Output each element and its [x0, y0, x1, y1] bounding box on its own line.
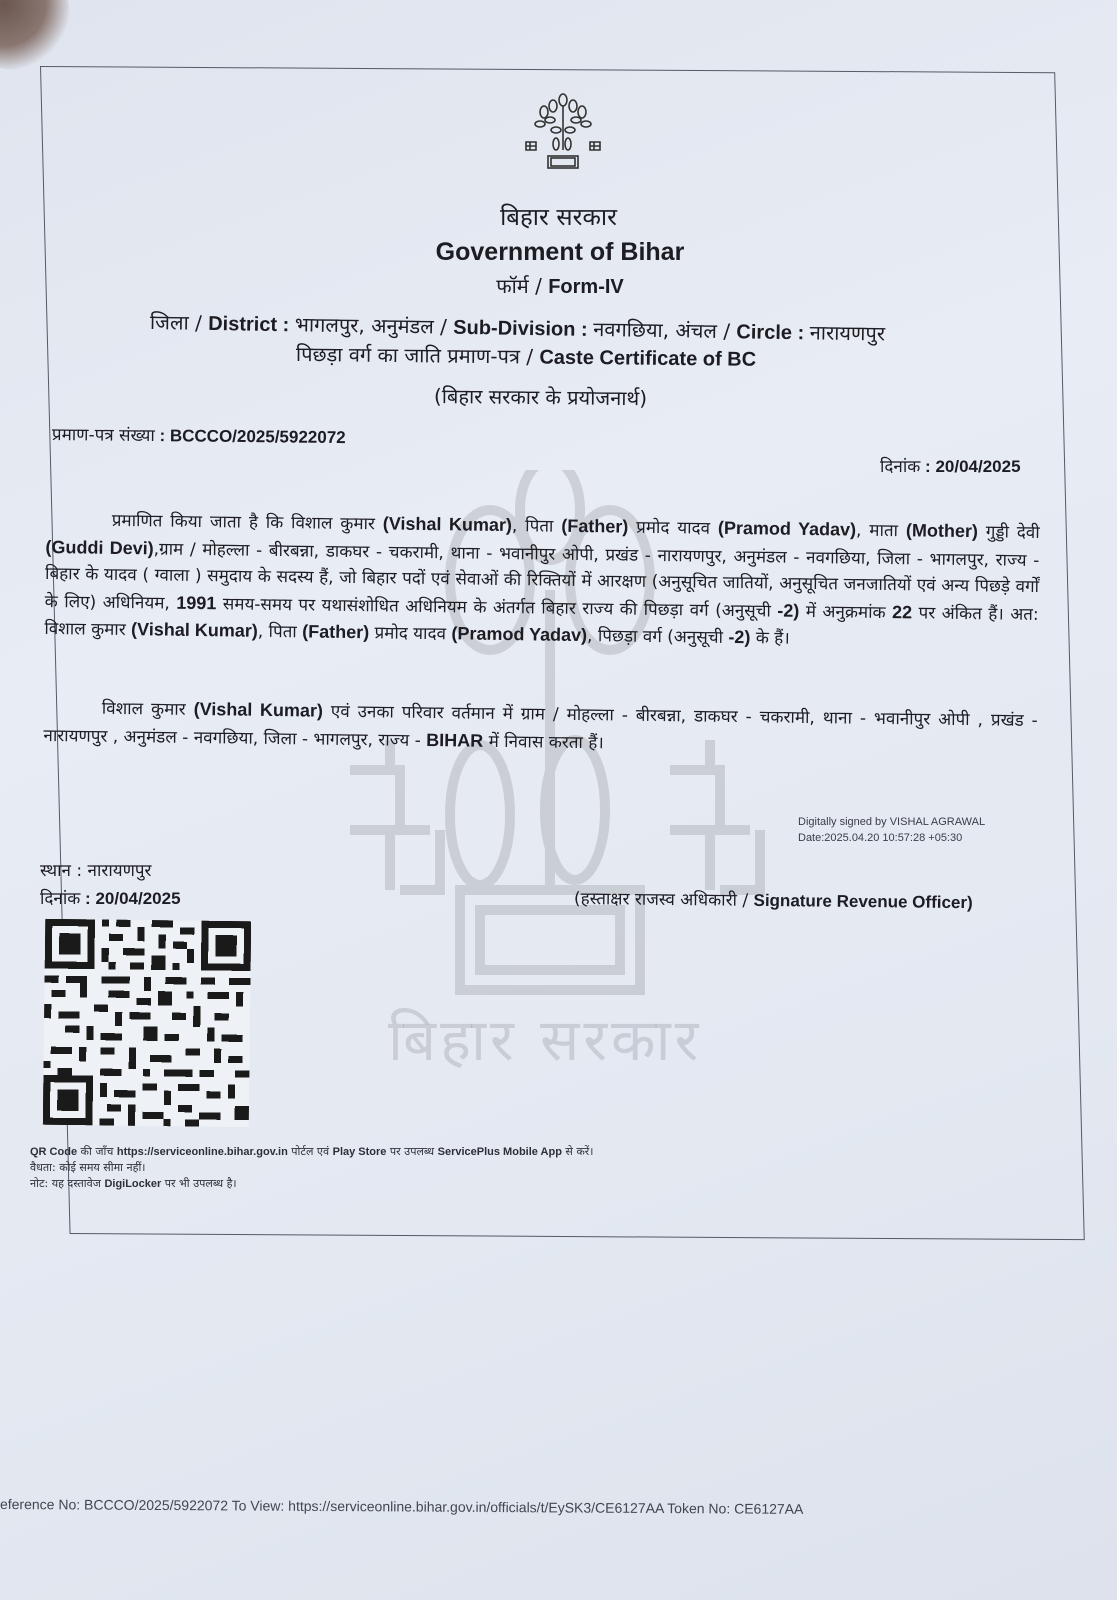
place: स्थान : नारायणपुर	[40, 858, 152, 881]
certificate-number-value: BCCCO/2025/5922072	[170, 426, 346, 447]
certificate-title-hindi: पिछड़ा वर्ग का जाति प्रमाण-पत्र	[296, 342, 520, 368]
district-label-hindi: जिला	[150, 310, 189, 335]
place-label: स्थान	[40, 861, 71, 881]
digital-signature: Digitally signed by VISHAL AGRAWAL Date:…	[798, 814, 985, 846]
subdivision-label-english: Sub-Division	[453, 317, 576, 341]
bottom-date-value: 20/04/2025	[95, 889, 180, 908]
header-english-title: Government of Bihar	[0, 238, 1117, 267]
circle-value: नारायणपुर	[810, 320, 886, 345]
bottom-date-label: दिनांक	[40, 889, 80, 909]
certification-paragraph: प्रमाणित किया जाता है कि विशाल कुमार (Vi…	[44, 506, 1040, 655]
certificate-purpose: (बिहार सरकार के प्रयोजनार्थ)	[434, 382, 647, 411]
signature-block: (हस्ताक्षर राजस्व अधिकारी / Signature Re…	[574, 886, 973, 913]
finger-shadow	[0, 0, 70, 70]
qr-verification-note: QR Code की जाँच https://serviceonline.bi…	[30, 1144, 593, 1160]
signature-label-english: Signature Revenue Officer)	[753, 891, 972, 912]
district-label-english: District	[208, 313, 277, 336]
bottom-date: दिनांक : 20/04/2025	[40, 886, 181, 909]
service-portal-link[interactable]: https://serviceonline.bihar.gov.in	[117, 1146, 288, 1158]
digital-signature-date: Date:2025.04.20 10:57:28 +05:30	[798, 830, 985, 846]
circle-label-hindi: अंचल	[675, 318, 717, 343]
form-number: फॉर्म / Form-IV	[0, 272, 1117, 299]
certificate-number-label: प्रमाण-पत्र संख्या	[52, 425, 155, 446]
reference-footer: eference No: BCCCO/2025/5922072 To View:…	[0, 1496, 803, 1517]
place-value: नारायणपुर	[88, 861, 152, 881]
subdivision-label-hindi: अनुमंडल	[371, 313, 434, 338]
digilocker-note: नोट: यह दस्तावेज DigiLocker पर भी उपलब्ध…	[30, 1176, 593, 1192]
subdivision-value: नवगछिया	[593, 317, 663, 342]
digital-signature-signer: Digitally signed by VISHAL AGRAWAL	[798, 814, 985, 830]
qr-code-icon[interactable]	[43, 919, 252, 1128]
issue-date-value: 20/04/2025	[935, 457, 1020, 476]
validity-note: वैधता: कोई समय सीमा नहीं।	[30, 1160, 593, 1176]
issue-date-label: दिनांक	[880, 457, 920, 477]
certificate-title: पिछड़ा वर्ग का जाति प्रमाण-पत्र / Caste …	[296, 340, 756, 372]
certificate-title-english: Caste Certificate of BC	[539, 347, 756, 371]
watermark-text: बिहार सरकार	[388, 998, 702, 1077]
form-label-english: Form-IV	[548, 276, 624, 298]
circle-label-english: Circle	[736, 321, 792, 344]
header-hindi-title: बिहार सरकार	[0, 200, 1117, 233]
bihar-emblem-icon	[520, 92, 606, 174]
district-value: भागलपुर	[295, 312, 359, 337]
certificate-number: प्रमाण-पत्र संख्या : BCCCO/2025/5922072	[52, 422, 346, 448]
issue-date: दिनांक : 20/04/2025	[880, 454, 1021, 477]
form-label-hindi: फॉर्म	[496, 274, 529, 298]
verification-notes: QR Code की जाँच https://serviceonline.bi…	[30, 1144, 593, 1192]
signature-label-hindi: (हस्ताक्षर राजस्व अधिकारी	[574, 889, 737, 911]
